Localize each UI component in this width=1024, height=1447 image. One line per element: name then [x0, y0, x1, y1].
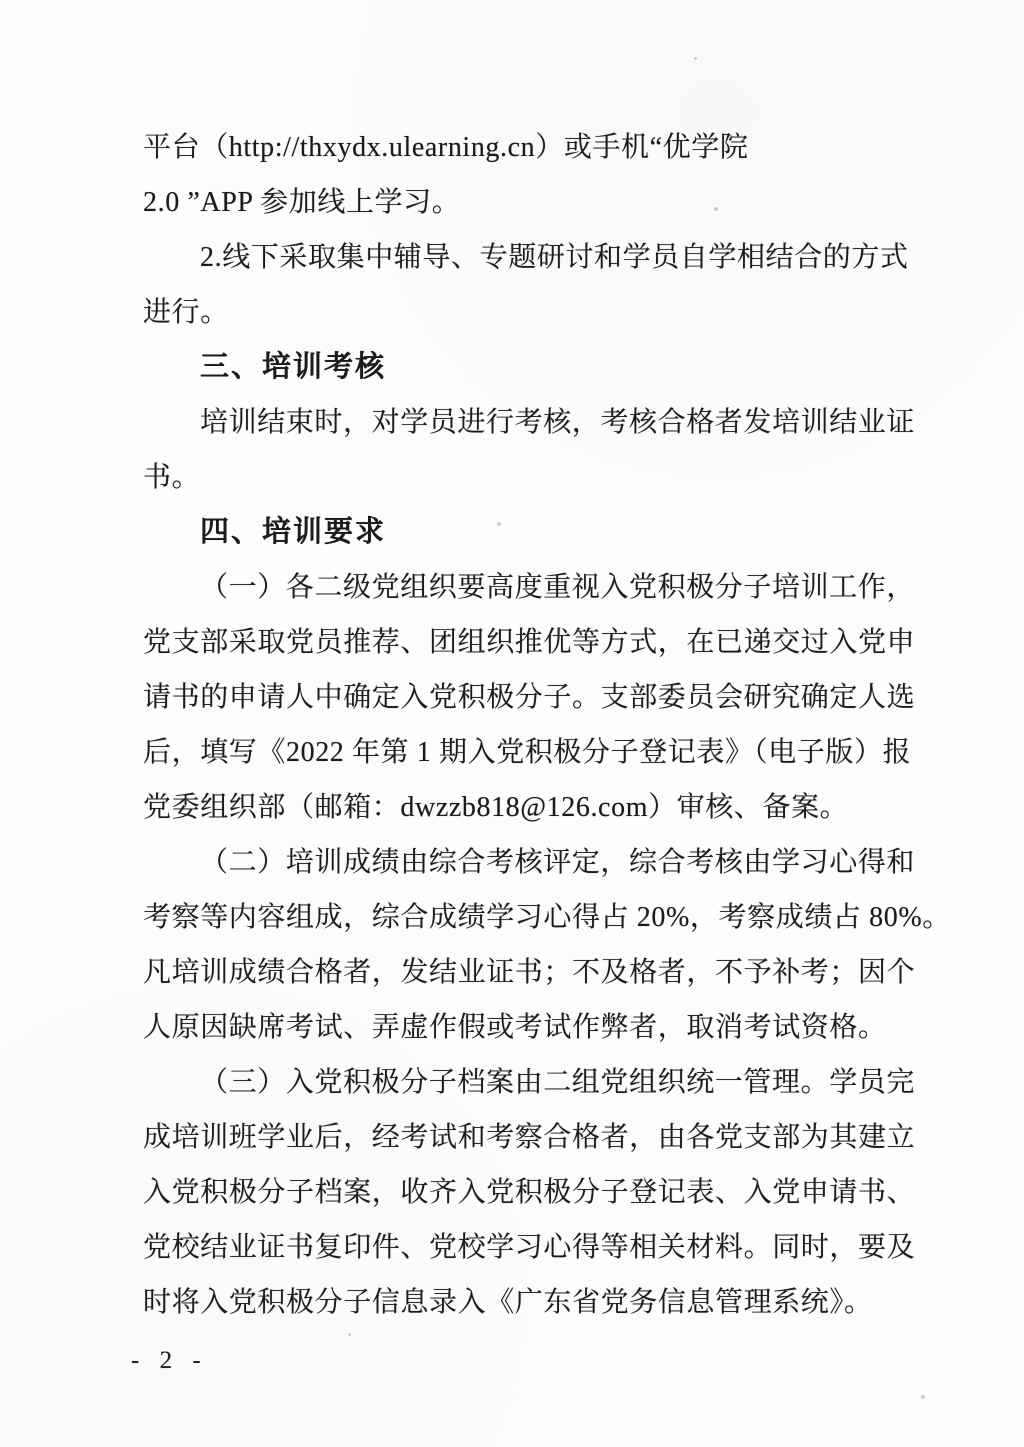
- page-number: - 2 -: [131, 1347, 208, 1375]
- text-line: （三）入党积极分子档案由二组党组织统一管理。学员完: [143, 1055, 903, 1110]
- text-line: 人原因缺席考试、弄虚作假或考试作弊者，取消考试资格。: [143, 1000, 903, 1055]
- text-line: 入党积极分子档案，收齐入党积极分子登记表、入党申请书、: [143, 1165, 903, 1220]
- scan-speck: [497, 522, 501, 526]
- text-line: 后，填写《2022 年第 1 期入党积极分子登记表》（电子版）报: [143, 725, 903, 780]
- text-line: 书。: [143, 450, 903, 505]
- text-line: 2.0 ”APP 参加线上学习。: [143, 175, 903, 230]
- scan-speck: [348, 1333, 351, 1336]
- text-line: 平台（http://thxydx.ulearning.cn）或手机“优学院: [143, 120, 903, 175]
- section-heading: 三、培训考核: [143, 340, 903, 395]
- scan-speck: [921, 1395, 925, 1399]
- scan-speck: [714, 207, 718, 211]
- text-line: 党委组织部（邮箱：dwzzb818@126.com）审核、备案。: [143, 780, 903, 835]
- text-line: 时将入党积极分子信息录入《广东省党务信息管理系统》。: [143, 1275, 903, 1330]
- text-line: 培训结束时，对学员进行考核，考核合格者发培训结业证: [143, 395, 903, 450]
- scan-speck: [694, 57, 697, 60]
- scanned-document-page: 平台（http://thxydx.ulearning.cn）或手机“优学院2.0…: [0, 0, 1024, 1447]
- document-body: 平台（http://thxydx.ulearning.cn）或手机“优学院2.0…: [143, 120, 903, 1330]
- text-line: （二）培训成绩由综合考核评定，综合考核由学习心得和: [143, 835, 903, 890]
- text-line: 党支部采取党员推荐、团组织推优等方式，在已递交过入党申: [143, 615, 903, 670]
- text-line: 进行。: [143, 285, 903, 340]
- text-line: 请书的申请人中确定入党积极分子。支部委员会研究确定人选: [143, 670, 903, 725]
- text-line: 成培训班学业后，经考试和考察合格者，由各党支部为其建立: [143, 1110, 903, 1165]
- text-line: 党校结业证书复印件、党校学习心得等相关材料。同时，要及: [143, 1220, 903, 1275]
- text-line: 2.线下采取集中辅导、专题研讨和学员自学相结合的方式: [143, 230, 903, 285]
- section-heading: 四、培训要求: [143, 505, 903, 560]
- text-line: （一）各二级党组织要高度重视入党积极分子培训工作，: [143, 560, 903, 615]
- text-line: 凡培训成绩合格者，发结业证书；不及格者，不予补考；因个: [143, 945, 903, 1000]
- text-line: 考察等内容组成，综合成绩学习心得占 20%，考察成绩占 80%。: [143, 890, 903, 945]
- scan-speck: [766, 1128, 769, 1131]
